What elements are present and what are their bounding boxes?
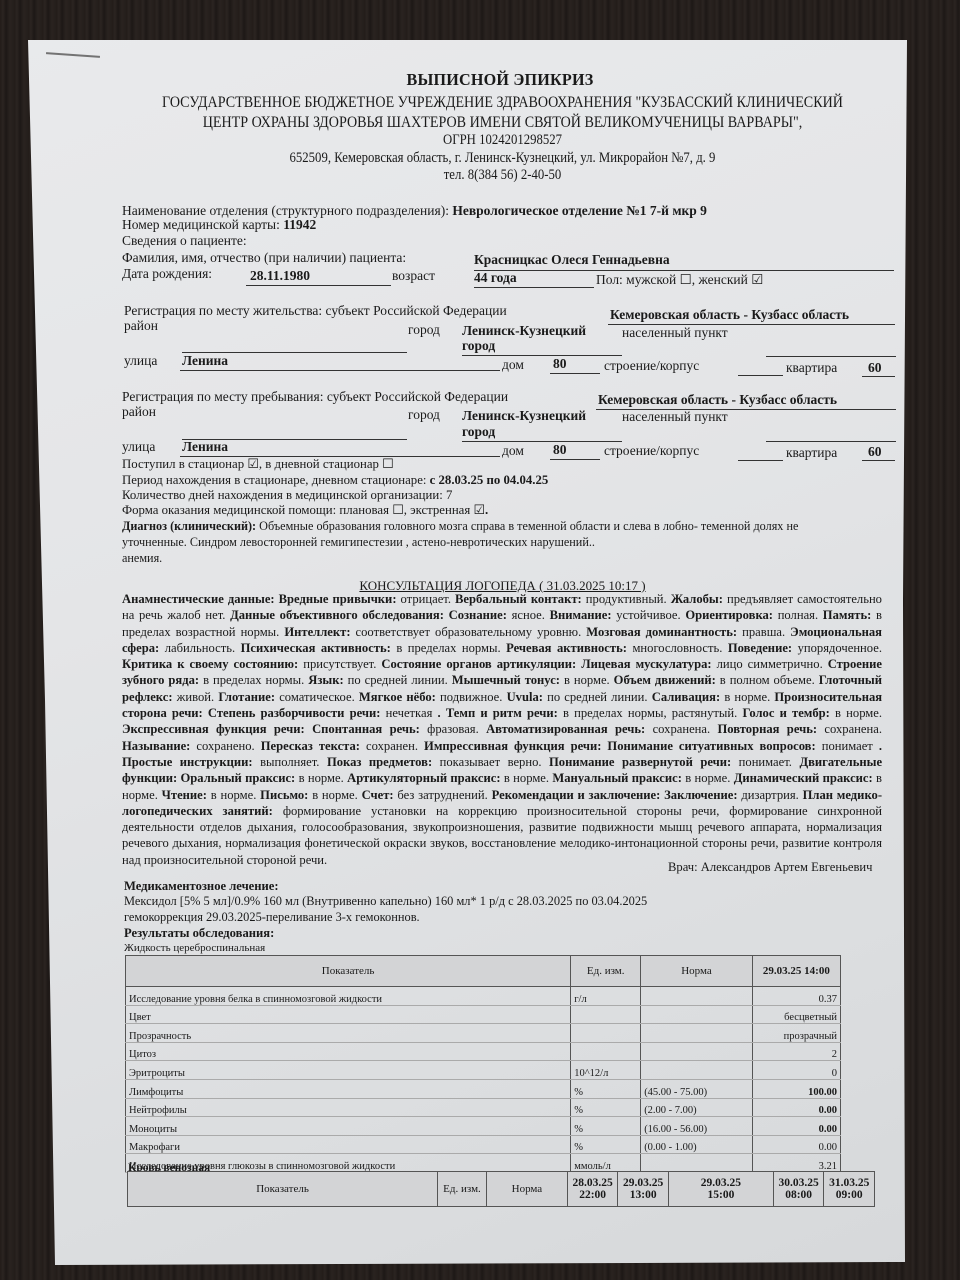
csf-norm: (2.00 - 7.00) — [641, 1098, 753, 1117]
csf-unit — [571, 1042, 641, 1061]
csf-unit: 10^12/л — [571, 1061, 641, 1080]
stay-building-label: строение/корпус — [604, 443, 699, 459]
consult-item-value: в полном объеме. — [720, 673, 815, 687]
csf-param: Макрофаги — [126, 1135, 571, 1154]
document-title: ВЫПИСНОЙ ЭПИКРИЗ — [25, 70, 960, 90]
consult-item-value: в норме. — [312, 788, 358, 802]
consult-item-value: в норме. — [685, 771, 730, 785]
consult-item-key: Мягкое нёбо: — [359, 690, 436, 704]
card-row: Номер медицинской карты: 11942 — [122, 217, 316, 233]
consult-item-key: Показ предметов: — [327, 755, 432, 769]
csf-value: 0.00 — [752, 1117, 840, 1136]
consult-item-key: Саливация: — [652, 690, 720, 704]
csf-value: 0.00 — [752, 1098, 840, 1117]
admission-type-row: Поступил в стационар ☑, в дневной стацио… — [122, 457, 394, 472]
csf-norm — [641, 1024, 753, 1043]
emergency-checkbox: ☑ — [473, 503, 484, 517]
consult-item-key: Вербальный контакт: — [455, 592, 582, 606]
age-value: 44 года — [474, 270, 517, 286]
table-row: Лимфоциты%(45.00 - 75.00)100.00 — [126, 1079, 841, 1098]
consult-item-value: понимает — [822, 739, 873, 753]
days-label: Количество дней нахождения в медицинской… — [122, 488, 443, 502]
treatment-label: Медикаментозное лечение: — [124, 879, 279, 894]
csf-value: 3.21 — [752, 1154, 840, 1173]
residence-street-label: улица — [124, 353, 157, 369]
csf-value: 2 — [752, 1042, 840, 1061]
consult-item-key: Понимание развернутой речи: — [549, 755, 731, 769]
csf-norm — [641, 1061, 753, 1080]
period-value: с 28.03.25 по 04.04.25 — [430, 473, 549, 487]
consult-item-value: соматическое. — [279, 690, 355, 704]
residence-district-label: район — [124, 318, 158, 334]
consult-item-key: Состояние органов артикуляции: Лицевая м… — [381, 657, 711, 671]
csf-param: Эритроциты — [126, 1061, 571, 1080]
table-row: Цветбесцветный — [126, 1005, 841, 1024]
blood-results-table: Показатель Ед. изм. Норма 28.03.2522:002… — [127, 1171, 875, 1207]
emergency-label: , экстренная — [404, 503, 471, 517]
csf-unit: ммоль/л — [571, 1154, 641, 1173]
diagnosis: Диагноз (клинический): Объемные образова… — [122, 518, 862, 566]
consult-item-value: упорядоченное. — [798, 641, 882, 655]
stay-district-label: район — [122, 404, 156, 420]
consult-item-key: Рекомендации и заключение: Заключение: — [492, 788, 738, 802]
consult-item-value: соответствует образовательному уровню. — [356, 625, 582, 639]
residence-settlement-label: населенный пункт — [622, 325, 728, 341]
department-label: Наименование отделения (структурного под… — [122, 203, 449, 218]
consult-item-key: Язык: — [308, 673, 343, 687]
consult-item-key: Анамнестические данные: Вредные привычки… — [122, 592, 397, 606]
fio-underline — [474, 270, 894, 271]
consult-item-key: Жалобы: — [671, 592, 723, 606]
consult-item-value: правша. — [742, 625, 785, 639]
residence-building-label: строение/корпус — [604, 358, 699, 374]
residence-street-underline — [180, 370, 500, 371]
consult-item-value: сохранен. — [366, 739, 418, 753]
table-row: Исследование уровня глюкозы в спинномозг… — [126, 1154, 841, 1173]
csf-param: Прозрачность — [126, 1024, 571, 1043]
consult-item-key: Uvula: — [507, 690, 543, 704]
consult-item-key: Экспрессивная функция речи: Спонтанная р… — [122, 722, 420, 736]
residence-flat-label: квартира — [786, 360, 837, 376]
consult-item-key: Психическая активность: — [241, 641, 391, 655]
csf-value: 0.37 — [752, 987, 840, 1006]
consult-item-key: Автоматизированная речь: — [486, 722, 645, 736]
document-page: ВЫПИСНОЙ ЭПИКРИЗ ГОСУДАРСТВЕННОЕ БЮДЖЕТН… — [0, 0, 960, 1280]
days-row: Количество дней нахождения в медицинской… — [122, 488, 452, 503]
stay-city-value-2: город — [462, 424, 495, 440]
consult-item-key: Мозговая доминантность: — [586, 625, 737, 639]
consult-item-key: Интеллект: — [284, 625, 350, 639]
consult-item-value: полная. — [778, 608, 818, 622]
consult-item-key: Данные объективного обследования: Сознан… — [230, 608, 507, 622]
stay-settlement-underline — [766, 441, 896, 442]
stay-settlement-label: населенный пункт — [622, 409, 728, 425]
consult-item-value: продуктивный. — [586, 592, 667, 606]
blood-header-norm: Норма — [486, 1172, 567, 1207]
stay-city-label: город — [408, 407, 440, 423]
consult-item-key: Импрессивная функция речи: Понимание сит… — [424, 739, 816, 753]
consult-item-key: Повторная речь: — [718, 722, 818, 736]
org-name-line2: ЦЕНТР ОХРАНЫ ЗДОРОВЬЯ ШАХТЕРОВ ИМЕНИ СВЯ… — [60, 114, 944, 132]
csf-norm — [641, 1042, 753, 1061]
residence-house-underline — [550, 373, 600, 374]
consult-item-key: . Темп и ритм речи: — [438, 706, 558, 720]
sex-label: Пол: мужской — [596, 272, 676, 287]
residence-settlement-underline — [766, 356, 896, 357]
org-phone: тел. 8(384 56) 2-40-50 — [60, 167, 944, 184]
table-row: Моноциты%(16.00 - 56.00)0.00 — [126, 1117, 841, 1136]
org-ogrn: ОГРН 1024201298527 — [60, 132, 944, 149]
dob-value: 28.11.1980 — [250, 268, 310, 284]
residence-flat-underline — [862, 376, 895, 377]
consult-item-key: Критика к своему состоянию: — [122, 657, 298, 671]
consult-item-value: фразовая. — [427, 722, 479, 736]
consult-item-value: выполняет. — [260, 755, 319, 769]
csf-norm — [641, 1005, 753, 1024]
csf-value: 0.00 — [752, 1135, 840, 1154]
stay-flat-label: квартира — [786, 445, 837, 461]
card-value: 11942 — [283, 217, 316, 232]
consult-item-value: по средней линии. — [348, 673, 448, 687]
csf-header-parameter: Показатель — [126, 956, 571, 987]
sex-female-checkbox: ☑ — [751, 272, 763, 287]
table-row: Цитоз2 — [126, 1042, 841, 1061]
stay-city-value: Ленинск-Кузнецкий — [462, 408, 586, 424]
csf-unit — [571, 1005, 641, 1024]
consult-item-key: Поведение: — [728, 641, 792, 655]
consult-item-key: Артикуляторный праксис: — [347, 771, 500, 785]
stay-building-underline — [738, 460, 783, 461]
csf-value: прозрачный — [752, 1024, 840, 1043]
consult-item-key: Мышечный тонус: — [452, 673, 560, 687]
stay-flat-value: 60 — [868, 444, 882, 460]
fio-value: Красницкас Олеся Геннадьевна — [474, 252, 670, 268]
consult-item-key: Динамический праксис: — [734, 771, 873, 785]
card-label: Номер медицинской карты: — [122, 217, 280, 232]
residence-subject: Кемеровская область - Кузбасс область — [610, 307, 849, 323]
dob-label: Дата рождения: — [122, 266, 212, 282]
consult-item-value: в норме. — [211, 788, 257, 802]
csf-norm: (16.00 - 56.00) — [641, 1117, 753, 1136]
consult-item-key: Память: — [823, 608, 872, 622]
consult-item-value: в пределах нормы, растянутый. — [563, 706, 737, 720]
consult-item-value: сохранена. — [653, 722, 711, 736]
consult-item-value: в пределах нормы. — [203, 673, 304, 687]
blood-header-date: 31.03.2509:00 — [824, 1172, 875, 1207]
pen-mark — [46, 52, 100, 58]
department-value: Неврологическое отделение №1 7-й мкр 9 — [452, 203, 707, 218]
sex-male-checkbox: ☐ — [680, 272, 692, 287]
consult-item-value: сохранена. — [824, 722, 882, 736]
treatment-line-2: гемокоррекция 29.03.2025-переливание 3-х… — [124, 910, 420, 925]
care-form-label: Форма оказания медицинской помощи: плано… — [122, 503, 389, 517]
age-label: возраст — [392, 268, 435, 284]
csf-norm: (45.00 - 75.00) — [641, 1079, 753, 1098]
consult-item-key: Речевая активность: — [506, 641, 627, 655]
sex-row: Пол: мужской ☐, женский ☑ — [596, 272, 763, 288]
csf-param: Цвет — [126, 1005, 571, 1024]
stay-flat-underline — [862, 460, 895, 461]
consult-item-value: отрицает. — [401, 592, 451, 606]
csf-value: 0 — [752, 1061, 840, 1080]
consult-item-value: в норме. — [835, 706, 882, 720]
csf-unit: % — [571, 1117, 641, 1136]
results-label: Результаты обследования: — [124, 926, 274, 941]
consult-item-key: Счет: — [362, 788, 394, 802]
stay-house-underline — [550, 459, 600, 460]
csf-value: 100.00 — [752, 1079, 840, 1098]
consult-item-key: Ориентировка: — [685, 608, 773, 622]
consult-item-value: присутствует. — [303, 657, 376, 671]
consult-item-value: в норме. — [504, 771, 549, 785]
admitted-label: Поступил в стационар — [122, 457, 244, 471]
consult-item-key: Мануальный праксис: — [552, 771, 682, 785]
consult-item-value: ясное. — [512, 608, 545, 622]
consult-item-value: лабильность. — [165, 641, 235, 655]
csf-unit: % — [571, 1079, 641, 1098]
residence-city-label: город — [408, 322, 440, 338]
consult-item-value: в пределах нормы. — [396, 641, 500, 655]
diagnosis-label: Диагноз (клинический): — [122, 519, 256, 533]
stay-house-value: 80 — [553, 442, 567, 458]
csf-unit — [571, 1024, 641, 1043]
day-hospital-checkbox: ☐ — [382, 457, 393, 471]
dob-underline — [246, 285, 391, 286]
consult-item-value: сохранено. — [196, 739, 254, 753]
residence-city-underline — [462, 355, 622, 356]
consult-item-value: без затруднений. — [397, 788, 487, 802]
consult-item-value: дизартрия. — [741, 788, 798, 802]
residence-street-value: Ленина — [182, 353, 228, 369]
care-form-row: Форма оказания медицинской помощи: плано… — [122, 503, 488, 518]
csf-unit: % — [571, 1135, 641, 1154]
residence-city-value-2: город — [462, 338, 495, 354]
consult-item-value: по средней линии. — [547, 690, 647, 704]
consult-item-value: устойчивое. — [616, 608, 680, 622]
consult-item-key: Пересказ текста: — [261, 739, 360, 753]
org-name-line1: ГОСУДАРСТВЕННОЕ БЮДЖЕТНОЕ УЧРЕЖДЕНИЕ ЗДР… — [60, 94, 944, 112]
csf-param: Цитоз — [126, 1042, 571, 1061]
admitted-checkbox: ☑ — [247, 457, 258, 471]
consult-item-value: показывает верно. — [440, 755, 542, 769]
csf-norm — [641, 1154, 753, 1173]
residence-house-label: дом — [502, 357, 524, 373]
consult-item-key: Голос и тембр: — [742, 706, 829, 720]
consult-item-value: в норме. — [299, 771, 344, 785]
csf-value: бесцветный — [752, 1005, 840, 1024]
period-label: Период нахождения в стационаре, дневном … — [122, 473, 426, 487]
age-underline — [474, 287, 594, 288]
residence-house-value: 80 — [553, 356, 567, 372]
table-row: Прозрачностьпрозрачный — [126, 1024, 841, 1043]
csf-title: Жидкость цереброспинальная — [124, 942, 265, 954]
csf-header-norm: Норма — [641, 956, 753, 987]
stay-city-underline — [462, 441, 622, 442]
table-row: Макрофаги%(0.00 - 1.00)0.00 — [126, 1135, 841, 1154]
csf-header-unit: Ед. изм. — [571, 956, 641, 987]
stay-street-label: улица — [122, 439, 155, 455]
csf-norm — [641, 987, 753, 1006]
period-row: Период нахождения в стационаре, дневном … — [122, 473, 548, 488]
stay-street-value: Ленина — [182, 439, 228, 455]
consult-item-key: Объем движений: — [614, 673, 716, 687]
consult-item-key: Чтение: — [162, 788, 207, 802]
days-value: 7 — [446, 488, 452, 502]
blood-header-parameter: Показатель — [128, 1172, 438, 1207]
consult-item-value: нечеткая — [386, 706, 433, 720]
consult-item-key: Внимание: — [550, 608, 612, 622]
blood-header-date: 29.03.2515:00 — [668, 1172, 773, 1207]
csf-param: Моноциты — [126, 1117, 571, 1136]
consult-item-key: Называние: — [122, 739, 190, 753]
csf-unit: г/л — [571, 987, 641, 1006]
csf-param: Нейтрофилы — [126, 1098, 571, 1117]
blood-header-date: 29.03.2513:00 — [618, 1172, 669, 1207]
planned-checkbox: ☐ — [392, 503, 403, 517]
fio-label: Фамилия, имя, отчество (при наличии) пац… — [122, 250, 406, 266]
day-hospital-label: , в дневной стационар — [259, 457, 379, 471]
stay-label: Регистрация по месту пребывания: субъект… — [122, 389, 508, 405]
consultation-body: Анамнестические данные: Вредные привычки… — [122, 591, 882, 868]
stay-subject: Кемеровская область - Кузбасс область — [598, 392, 837, 408]
csf-unit: % — [571, 1098, 641, 1117]
consult-item-value: понимает. — [739, 755, 792, 769]
consult-item-value: живой. — [177, 690, 215, 704]
stay-house-label: дом — [502, 443, 524, 459]
table-row: Эритроциты10^12/л0 — [126, 1061, 841, 1080]
sex-female-label: , женский — [692, 272, 748, 287]
blood-header-unit: Ед. изм. — [438, 1172, 487, 1207]
doctor-signature: Врач: Александров Артем Евгеньевич — [668, 860, 872, 875]
consult-item-value: в норме. — [564, 673, 610, 687]
table-row: Нейтрофилы%(2.00 - 7.00)0.00 — [126, 1098, 841, 1117]
csf-header-date: 29.03.25 14:00 — [752, 956, 840, 987]
csf-param: Исследование уровня белка в спинномозгов… — [126, 987, 571, 1006]
consult-item-value: многословность. — [632, 641, 722, 655]
csf-results-table: Показатель Ед. изм. Норма 29.03.25 14:00… — [125, 955, 841, 1173]
csf-norm: (0.00 - 1.00) — [641, 1135, 753, 1154]
residence-city-value: Ленинск-Кузнецкий — [462, 323, 586, 339]
consult-item-value: подвижное. — [440, 690, 502, 704]
treatment-line-1: Мексидол [5% 5 мл]/0.9% 160 мл (Внутриве… — [124, 894, 647, 909]
diagnosis-extra: анемия. — [122, 551, 162, 565]
blood-header-date: 28.03.2522:00 — [567, 1172, 618, 1207]
org-address: 652509, Кемеровская область, г. Ленинск-… — [60, 150, 944, 167]
patient-info-label: Сведения о пациенте: — [122, 233, 247, 249]
blood-header-date: 30.03.2508:00 — [773, 1172, 824, 1207]
residence-building-underline — [738, 375, 783, 376]
csf-param: Лимфоциты — [126, 1079, 571, 1098]
residence-flat-value: 60 — [868, 360, 882, 376]
consult-item-value: лицо симметрично. — [717, 657, 823, 671]
residence-label: Регистрация по месту жительства: субъект… — [124, 303, 507, 319]
consult-item-value: в норме. — [724, 690, 770, 704]
consult-item-key: Письмо: — [260, 788, 308, 802]
consult-item-key: Глотание: — [218, 690, 275, 704]
table-row: Исследование уровня белка в спинномозгов… — [126, 987, 841, 1006]
